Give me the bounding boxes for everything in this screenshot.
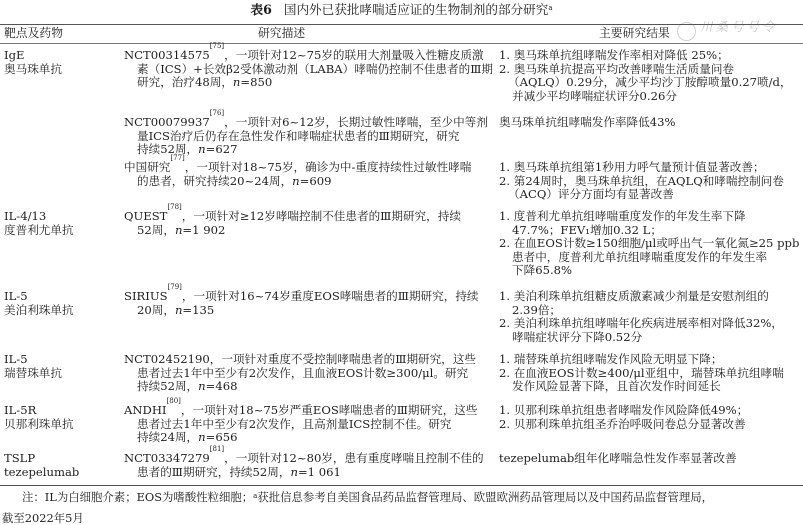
result-text: 2. 奥马珠单抗提高平均改善哮喘生活质量问卷 [499,63,799,77]
sample-size-symbol: n [198,379,205,393]
drug-label: tezepelumab [4,466,110,480]
description-cell: QUEST[78]，一项针对≥12岁哮喘控制不佳患者的Ⅲ期研究，持续 52周，n… [124,210,490,237]
description-text: 持续24周， [137,430,198,444]
footnote-mark: a [548,4,552,12]
drug-label: 度普利尤单抗 [4,224,110,238]
target-label: IL-5 [4,353,110,367]
sample-size-symbol: n [198,430,205,444]
description-text: ，一项针对12~75岁的联用大剂量吸入性糖皮质激 [224,48,484,62]
reference-mark: [81] [210,445,224,453]
sample-size-value: =627 [206,142,238,156]
results-cell: 1. 奥马珠单抗组哮喘发作率相对降低 25%； 2. 奥马珠单抗提高平均改善哮喘… [499,49,799,103]
footnote-mark: a [253,492,257,500]
results-cell: 1. 美泊利珠单抗组糖皮质激素减少剂量是安慰剂组的 2.39倍； 2. 美泊利珠… [499,290,799,344]
description-cell: NCT03347279[81]，一项针对12~80岁，患有重度哮喘且控制不佳的 … [124,452,490,479]
result-text: 1. 美泊利珠单抗组糖皮质激素减少剂量是安慰剂组的 [499,290,799,304]
results-cell: tezepelumab组年化哮喘急性发作率显著改善 [499,452,799,466]
result-text: 2. 第24周时，奥马珠单抗组，在AQLQ和哮喘控制问卷 [499,175,799,189]
sample-size-value: =468 [206,379,238,393]
target-label: IgE [4,49,110,63]
target-drug-cell: IL-4/13 度普利尤单抗 [4,210,110,237]
result-text: 下降65.8% [499,264,799,278]
sample-size-value: =1 902 [182,223,225,237]
table-note: 注：IL为白细胞介素；EOS为嗜酸性粒细胞；a获批信息参考自美国食品药品监督管理… [0,490,803,504]
trial-id: NCT03347279 [124,451,210,465]
result-text: tezepelumab组年化哮喘急性发作率显著改善 [499,452,799,466]
target-label: IL-5R [4,404,110,418]
watermark: 川桑号号令 [700,20,778,34]
table-top-rule [0,24,803,25]
target-drug-cell: IL-5 美泊利珠单抗 [4,290,110,317]
result-text: 奥马珠单抗组哮喘发作率降低43% [499,116,799,130]
reference-mark: [79] [168,283,182,291]
trial-id: NCT02452190 [124,352,210,366]
result-text: 并减少平均哮喘症状评分0.26分 [499,90,799,104]
result-text: （ACQ）评分方面均有显著改善 [499,188,799,202]
reference-mark: [77] [170,154,184,162]
result-text: （AQLQ）0.29分，减少平均沙丁胺醇喷量0.27喷/d， [499,76,799,90]
description-cell: SIRIUS[79]，一项针对16~74岁重度EOS哮喘患者的Ⅲ期研究，持续 2… [124,290,490,317]
description-text: 患者过去1年中至少有2次发作，且高剂量ICS控制不佳。研究 [124,418,490,432]
result-text: 2.39倍； [499,304,799,318]
target-label: IL-4/13 [4,210,110,224]
description-text: ，一项针对18~75岁严重EOS哮喘患者的Ⅲ期研究，这些 [181,403,478,417]
trial-id: NCT00079937 [124,115,210,129]
reference-mark: [75] [210,42,224,50]
sample-size-value: =850 [240,75,272,89]
description-text: ，一项针对18~75岁，确诊为中-重度持续性过敏性哮喘 [185,160,472,174]
table-header-rule [0,43,803,44]
trial-id: 中国研究 [124,160,170,174]
target-drug-cell: IL-5R 贝那利珠单抗 [4,404,110,431]
result-text: 2. 贝那利珠单抗组圣乔治呼吸问卷总分显著改善 [499,418,799,432]
trial-id: SIRIUS [124,289,168,303]
description-text: ，一项针对≥12岁哮喘控制不佳患者的Ⅲ期研究，持续 [182,209,461,223]
sample-size-symbol: n [290,465,297,479]
description-text: 持续52周， [137,379,198,393]
target-label: TSLP [4,452,110,466]
table-bottom-rule [0,485,803,486]
description-cell: ANDHI[80]，一项针对18~75岁严重EOS哮喘患者的Ⅲ期研究，这些 患者… [124,404,490,445]
description-cell: NCT02452190，一项针对重度不受控制哮喘患者的Ⅲ期研究，这些 患者过去1… [124,353,490,394]
description-cell: 中国研究[77]，一项针对18~75岁，确诊为中-重度持续性过敏性哮喘 的患者，… [124,161,490,188]
table-note-continued: 截至2022年5月 [2,511,803,525]
reference-mark: [78] [167,203,181,211]
sample-size-value: =1 061 [298,465,341,479]
trial-id: QUEST [124,209,167,223]
description-cell: NCT00314575[75]，一项针对12~75岁的联用大剂量吸入性糖皮质激 … [124,49,490,90]
table-number: 表6 [250,2,271,17]
result-text: 1. 度普利尤单抗组哮喘重度发作的年发生率下降 [499,210,799,224]
result-text: 2. 美泊利珠单抗组哮喘年化疾病进展率相对降低32%， [499,317,799,331]
result-text: 47.7%；FEV₁增加0.32 L； [499,224,799,238]
column-header-target: 靶点及药物 [4,27,63,41]
trial-id: NCT00314575 [124,48,210,62]
target-drug-cell: IgE 奥马珠单抗 [4,49,110,76]
results-cell: 1. 瑞替珠单抗组哮喘发作风险无明显下降； 2. 在血液EOS计数≥400/μl… [499,353,799,394]
description-text: 20周， [137,303,175,317]
results-cell: 1. 奥马珠单抗组第1秒用力呼气量预计值显著改善； 2. 第24周时，奥马珠单抗… [499,161,799,202]
target-label: IL-5 [4,290,110,304]
column-header-results: 主要研究结果 [599,27,670,41]
results-cell: 1. 度普利尤单抗组哮喘重度发作的年发生率下降 47.7%；FEV₁增加0.32… [499,210,799,278]
description-text: 患者过去1年中至少有2次发作，且血液EOS计数≥300/μl。研究 [124,367,490,381]
result-text: 1. 贝那利珠单抗组患者哮喘发作风险降低49%； [499,404,799,418]
description-text: ，一项针对重度不受控制哮喘患者的Ⅲ期研究，这些 [210,352,476,366]
description-text: 持续52周， [137,142,198,156]
sample-size-symbol: n [198,142,205,156]
result-text: 发作风险显著下降，且首次发作时间延长 [499,380,799,394]
reference-mark: [76] [210,109,224,117]
sample-size-value: =135 [182,303,214,317]
column-header-description: 研究描述 [258,27,305,41]
sample-size-value: =609 [300,174,332,188]
results-cell: 1. 贝那利珠单抗组患者哮喘发作风险降低49%； 2. 贝那利珠单抗组圣乔治呼吸… [499,404,799,431]
table-caption: 表6国内外已获批哮喘适应证的生物制剂的部分研究a [0,2,803,18]
result-text: 哮喘症状评分下降0.52分 [499,331,799,345]
target-drug-cell: IL-5 瑞替珠单抗 [4,353,110,380]
result-text: 1. 瑞替珠单抗组哮喘发作风险无明显下降； [499,353,799,367]
results-cell: 奥马珠单抗组哮喘发作率降低43% [499,116,799,130]
result-text: 2. 在血液EOS计数≥400/μl亚组中，瑞替珠单抗组哮喘 [499,367,799,381]
description-text: ，一项针对12~80岁，患有重度哮喘且控制不佳的 [224,451,484,465]
description-text: 52周， [137,223,175,237]
target-drug-cell: TSLP tezepelumab [4,452,110,479]
description-text: ，一项针对16~74岁重度EOS哮喘患者的Ⅲ期研究，持续 [182,289,479,303]
sample-size-symbol: n [292,174,299,188]
description-cell: NCT00079937[76]，一项针对6~12岁，长期过敏性哮喘，至少中等剂 … [124,116,490,157]
result-text: 1. 奥马珠单抗组第1秒用力呼气量预计值显著改善； [499,161,799,175]
description-text: 的患者，研究持续20~24周， [137,174,292,188]
note-text: 注：IL为白细胞介素；EOS为嗜酸性粒细胞； [22,490,253,504]
result-text: 1. 奥马珠单抗组哮喘发作率相对降低 25%； [499,49,799,63]
sample-size-value: =656 [206,430,238,444]
description-text: ，一项针对6~12岁，长期过敏性哮喘，至少中等剂 [224,115,488,129]
description-text: 素（ICS）+长效β2受体激动剂（LABA）哮喘仍控制不佳患者的Ⅲ期 [124,63,490,77]
drug-label: 瑞替珠单抗 [4,367,110,381]
drug-label: 美泊利珠单抗 [4,304,110,318]
description-text: 量ICS治疗后仍存在急性发作和哮喘症状患者的Ⅲ期研究，研究 [124,130,490,144]
result-text: 2. 在血EOS计数≥150细胞/μl或呼出气一氧化氮≥25 ppb [499,237,799,251]
description-text: 患者的Ⅲ期研究，持续52周， [137,465,290,479]
note-text: 获批信息参考自美国食品药品监督管理局、欧盟欧洲药品管理局以及中国药品监督管理局， [257,490,713,504]
drug-label: 奥马珠单抗 [4,63,110,77]
drug-label: 贝那利珠单抗 [4,418,110,432]
description-text: 研究，治疗48周， [137,75,233,89]
trial-id: ANDHI [124,403,167,417]
table-title: 国内外已获批哮喘适应证的生物制剂的部分研究 [284,2,548,17]
result-text: 患者中，度普利尤单抗组哮喘重度发作的年发生率 [499,251,799,265]
reference-mark: [80] [167,397,181,405]
